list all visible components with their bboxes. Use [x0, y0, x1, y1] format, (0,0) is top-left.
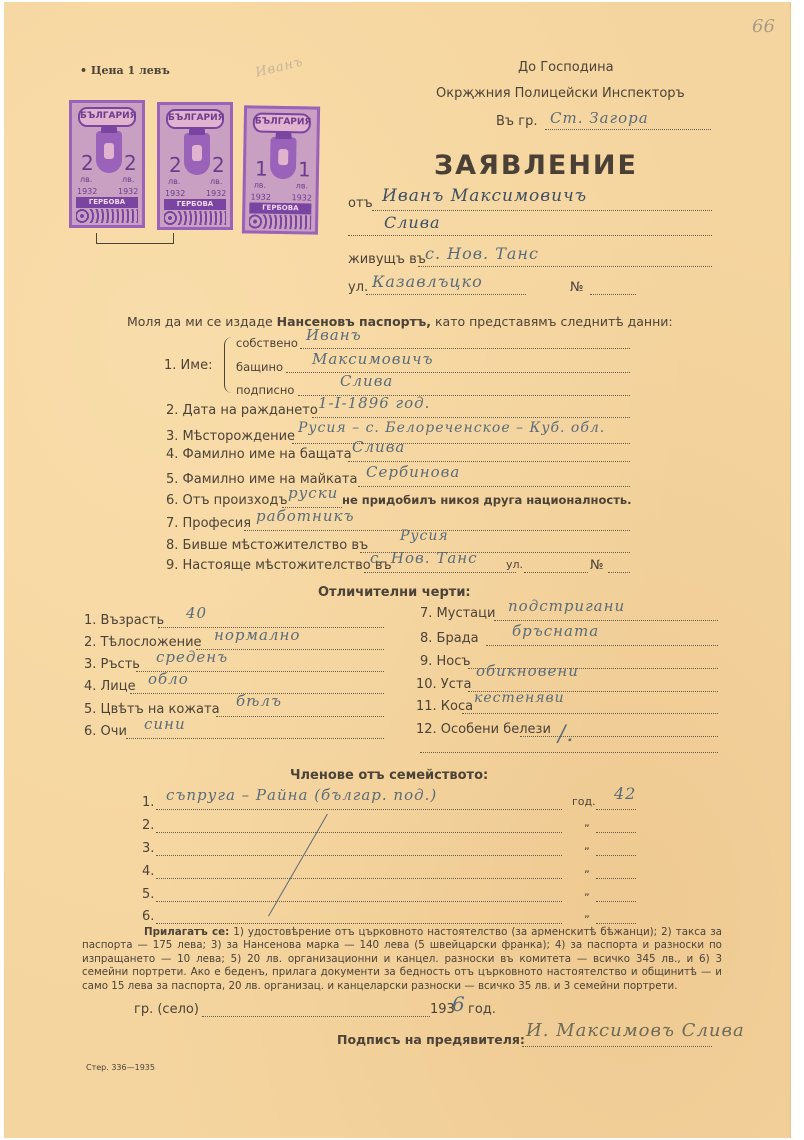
feature-mouth-label: 10. Уста [416, 677, 471, 692]
field-mother-surname-value: Сербинова [366, 463, 460, 481]
feature-eyes-value: сини [144, 715, 186, 733]
family-years-line [596, 855, 636, 856]
field-former-residence-label: 8. Бивше мѣстожителство въ [166, 538, 368, 553]
field-profession-value: работникъ [256, 507, 354, 525]
field-mother-surname-line [358, 486, 630, 487]
city-value: Ст. Загора [550, 109, 649, 127]
name-label: 1. Име: [164, 358, 212, 373]
street-label: ул. [348, 280, 368, 295]
feature-skin-line [216, 716, 384, 717]
feature-height-label: 3. Ръсть [84, 657, 140, 672]
feature-age-value: 40 [186, 604, 207, 622]
stamp-value: 1 [255, 159, 268, 179]
stamp-year: 1932 [165, 189, 185, 198]
field-birth-date-line [312, 417, 630, 418]
feature-marks-value: /. [558, 722, 574, 747]
document-title: ЗАЯВЛЕНИЕ [434, 150, 638, 181]
request-text-after: като представямъ следнитѣ данни: [435, 314, 673, 329]
family-row-num: 1. [142, 795, 154, 810]
request-sentence: Моля да ми се издаде Нансеновъ паспортъ,… [127, 314, 673, 329]
ditto-mark: „ [584, 907, 590, 920]
stamp-bracket [96, 233, 174, 244]
family-row-line [156, 923, 562, 924]
street-value: Казавлъцко [372, 272, 483, 291]
feature-eyes-line [126, 738, 384, 739]
field-current-residence-value: с. Нов. Танс [370, 549, 478, 567]
from-line-2 [348, 235, 712, 236]
coat-of-arms-icon [184, 133, 210, 175]
feature-moustache-label: 7. Мустаци [420, 606, 495, 621]
ditto-mark: „ [584, 816, 590, 829]
name-father-label: бащино [236, 360, 283, 374]
stamp-unit: лв. [254, 181, 267, 190]
field-father-surname-line [348, 461, 630, 462]
feature-height-value: среденъ [156, 648, 228, 666]
feature-moustache-line [494, 620, 718, 621]
name-own-label: собствено [236, 336, 298, 350]
stamp-year: 1932 [206, 189, 226, 198]
field-current-number-line [608, 572, 630, 573]
stamp-label: ГЕРБОВА МАРКА [76, 197, 138, 208]
family-row-value: съпруга – Райна (българ. под.) [166, 786, 437, 804]
feature-beard-line [486, 645, 718, 646]
family-row-line [156, 901, 562, 902]
stamp-country: БЪЛГАРИЯ [78, 107, 136, 127]
revenue-stamp-2: БЪЛГАРИЯ 2 2 лв. лв. 1932 1932 ГЕРБОВА М… [157, 102, 233, 230]
family-row-num: 3. [142, 841, 154, 856]
family-years-line [596, 901, 636, 902]
field-current-street-label: ул. [506, 558, 523, 571]
feature-moustache-value: подстригани [508, 597, 625, 615]
residing-line [418, 266, 712, 267]
stamp-unit: лв. [210, 177, 222, 186]
field-origin-value: руски [288, 484, 338, 502]
feature-eyes-label: 6. Очи [84, 724, 127, 739]
stamp-value: 2 [81, 153, 94, 173]
family-row-num: 2. [142, 818, 154, 833]
family-row-years: 42 [614, 784, 636, 803]
revenue-stamp-3: БЪЛГАРИЯ 1 1 лв. лв. 1932 1932 ГЕРБОВА М… [242, 105, 320, 234]
field-birth-date-label: 2. Дата на раждането [166, 403, 318, 418]
feature-build-value: нормално [214, 626, 300, 644]
year-suffix: год. [468, 1002, 496, 1017]
from-line-1 [372, 210, 712, 211]
stamp-value: 1 [298, 159, 311, 179]
field-profession-label: 7. Професия [166, 516, 251, 531]
price-note: • Цена 1 левъ [80, 64, 170, 77]
coat-of-arms-icon [270, 137, 297, 179]
field-birthplace-line [292, 443, 630, 444]
feature-hair-line [462, 713, 718, 714]
family-row-line [156, 809, 562, 810]
revenue-stamp-1: БЪЛГАРИЯ 2 2 лв. лв. 1932 1932 ГЕРБОВА М… [69, 100, 145, 228]
from-value-line2: Слива [384, 213, 441, 232]
name-own-line [300, 348, 630, 349]
price-note-text: Цена 1 левъ [91, 64, 170, 77]
family-row-num: 5. [142, 887, 154, 902]
stamp-ornament [249, 214, 311, 229]
number-line [590, 294, 636, 295]
addressee-line2: Окрҗжния Полицейски Инспекторъ [436, 86, 685, 101]
field-father-surname-label: 4. Фамилно име на бащата [166, 447, 352, 462]
feature-age-label: 1. Възрасть [84, 613, 164, 628]
field-father-surname-value: Слива [352, 438, 405, 456]
family-year-label: год. [572, 795, 596, 808]
feature-face-label: 4. Лице [84, 679, 136, 694]
stamp-unit: лв. [122, 175, 134, 184]
stamp-year: 1932 [291, 193, 312, 202]
family-title: Членове отъ семейството: [290, 768, 488, 783]
features-title: Отличителни черти: [318, 585, 471, 600]
place-line [202, 1016, 430, 1017]
stamp-ornament [164, 211, 226, 225]
stamp-value: 2 [212, 155, 225, 175]
residing-label: живущъ въ [348, 252, 426, 267]
number-label: № [570, 280, 584, 295]
family-years-line [596, 923, 636, 924]
from-value-line1: Иванъ Максимовичъ [382, 186, 587, 206]
field-current-number-label: № [590, 558, 604, 573]
feature-beard-value: бръсната [512, 622, 599, 640]
family-years-line [596, 878, 636, 879]
stamp-ornament [76, 209, 138, 223]
feature-skin-value: бѣлъ [236, 692, 282, 710]
name-sign-label: подписно [236, 383, 294, 397]
name-sign-value: Слива [340, 372, 393, 390]
street-line [366, 294, 526, 295]
field-current-street-line [524, 572, 588, 573]
field-current-residence-label: 9. Настояще мѣстожителство въ [166, 558, 392, 573]
city-line [545, 129, 711, 130]
archive-page-number: 66 [752, 16, 775, 37]
family-row-line [156, 878, 562, 879]
request-text-before: Моля да ми се издаде [127, 314, 273, 329]
stamp-unit: лв. [296, 181, 309, 190]
ditto-mark: „ [584, 885, 590, 898]
name-brace [224, 337, 233, 393]
field-former-residence-value: Русия [400, 528, 449, 544]
feature-hair-label: 11. Коса [416, 699, 473, 714]
family-years-line [596, 809, 636, 810]
stamp-label: ГЕРБОВА МАРКА [164, 199, 226, 210]
field-origin-label: 6. Отъ произходъ [166, 493, 288, 508]
stamp-unit: лв. [168, 177, 180, 186]
addressee-line1: До Господина [518, 60, 614, 75]
feature-face-value: обло [148, 670, 189, 688]
field-origin-suffix: не придобилъ никоя друга националность. [342, 493, 632, 507]
name-father-value: Максимовичъ [312, 350, 434, 368]
signature-value: И. Максимовъ Слива [526, 1020, 745, 1041]
attachments-note: Прилагатъ се: 1) удостовѣрение отъ църко… [82, 926, 722, 993]
field-birthplace-label: 3. Мѣсторождение [166, 429, 295, 444]
feature-marks-line-2 [420, 752, 718, 753]
family-row-line [156, 855, 562, 856]
stamp-value: 2 [169, 155, 182, 175]
residing-value: с. Нов. Танс [425, 244, 539, 263]
field-birthplace-value: Русия – с. Белореченское – Куб. обл. [298, 420, 605, 436]
signature-line [522, 1046, 712, 1047]
stamp-label: ГЕРБОВА МАРКА [249, 202, 311, 214]
from-label: отъ [348, 196, 373, 211]
stamp-unit: лв. [80, 175, 92, 184]
family-row-num: 4. [142, 864, 154, 879]
family-row-line [156, 832, 562, 833]
attachments-lead: Прилагатъ се: [144, 926, 229, 938]
feature-marks-label: 12. Особени белези [416, 722, 551, 737]
ditto-mark: „ [584, 839, 590, 852]
print-note: Стер. 336—1935 [86, 1063, 155, 1072]
name-father-line [286, 372, 630, 373]
year-digit: 6 [452, 992, 466, 1016]
feature-mouth-value: обикновени [476, 662, 579, 680]
family-row-num: 6. [142, 909, 154, 924]
city-label: Въ гр. [496, 114, 537, 129]
feature-marks-line [520, 736, 718, 737]
feature-hair-value: кестеняви [474, 690, 565, 706]
ditto-mark: „ [584, 862, 590, 875]
stamp-year: 1932 [118, 187, 138, 196]
field-birth-date-value: 1-I-1896 год. [318, 394, 430, 412]
stamp-year: 1932 [77, 187, 97, 196]
feature-nose-label: 9. Носъ [420, 654, 471, 669]
name-own-value: Иванъ [306, 326, 362, 344]
place-label: гр. (село) [134, 1002, 199, 1017]
feature-beard-label: 8. Брада [420, 631, 479, 646]
family-years-line [596, 832, 636, 833]
field-current-residence-line [364, 572, 516, 573]
coat-of-arms-icon [96, 131, 122, 173]
stamp-year: 1932 [250, 192, 271, 201]
stamp-country: БЪЛГАРИЯ [166, 109, 224, 129]
signature-label: Подписъ на предявителя: [337, 1032, 525, 1047]
stamp-value: 2 [124, 153, 137, 173]
